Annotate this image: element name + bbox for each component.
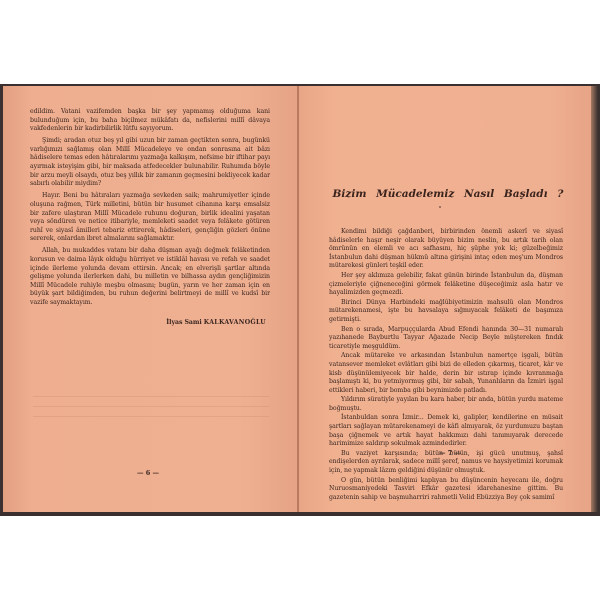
- paragraph: Her şey aklımıza gelebilir, fakat günün …: [329, 272, 563, 298]
- left-page: edildim. Vatani vazifemden başka bir şey…: [3, 86, 297, 512]
- left-page-body: edildim. Vatani vazifemden başka bir şey…: [30, 108, 270, 327]
- show-through-line: [33, 396, 269, 397]
- paragraph: Şimdi; aradan otuz beş yıl gibi uzun bir…: [30, 137, 270, 189]
- paragraph: O gün, bütün benliğimi kaplıyan bu düşün…: [329, 477, 563, 503]
- paragraph: İstanbuldan sonra İzmir... Demek ki, gal…: [329, 414, 563, 448]
- open-book-spread: edildim. Vatani vazifemden başka bir şey…: [0, 84, 600, 516]
- paragraph: Allah, bu mukaddes vatanı bir daha düşma…: [30, 247, 270, 307]
- page-number: — 7 —: [439, 449, 461, 457]
- show-through-line: [33, 406, 269, 407]
- paragraph: Kendimi bildiği çağdanberi, birbirinden …: [329, 228, 563, 271]
- paragraph: Ancak mütareke ve arkasından İstanbulun …: [329, 352, 563, 395]
- paragraph: edildim. Vatani vazifemden başka bir şey…: [30, 108, 270, 134]
- page-number: — 6 —: [137, 469, 159, 477]
- page-block-edge: [591, 86, 598, 512]
- ornament-dot: [439, 206, 441, 208]
- right-page-body: Kendimi bildiği çağdanberi, birbirinden …: [329, 228, 563, 503]
- paragraph: Yıldırım süratiyle yayılan bu kara haber…: [329, 396, 563, 413]
- show-through-line: [33, 416, 269, 417]
- signature-last-name: KALKAVANOĞLU: [204, 319, 266, 326]
- right-page: Bizim Mücadelemiz Nasıl Başladı ? Kendim…: [299, 86, 591, 512]
- author-signature: İlyas Sami KALKAVANOĞLU: [30, 319, 270, 328]
- signature-first-name: İlyas Sami: [166, 319, 201, 326]
- chapter-title: Bizim Mücadelemiz Nasıl Başladı ?: [323, 188, 573, 200]
- paragraph: Hayır. Beni bu hâtıraları yazmağa sevked…: [30, 192, 270, 244]
- paragraph: Ben o sırada, Marpuççularda Abud Efendi …: [329, 326, 563, 352]
- paragraph: Birinci Dünya Harbindeki mağlûbiyetimizi…: [329, 299, 563, 325]
